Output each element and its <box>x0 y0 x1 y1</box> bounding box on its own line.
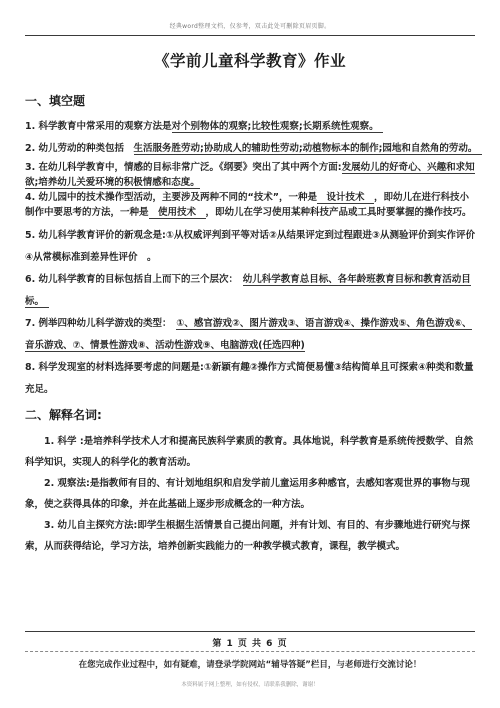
definition-3: 3. 幼儿自主探究方法:即学生根据生活情景自己提出问题，并有计划、有目的、有步骤… <box>25 515 475 557</box>
question-2: 2. 幼儿劳动的种类包括 生活服务胜劳动;协助成人的辅助性劳动;动植物标本的制作… <box>25 138 475 160</box>
question-text: 2. 幼儿劳动的种类包括 <box>25 143 134 154</box>
blank-answer: 对个别物体的观察;比较性观察;长期系统性观察。 <box>172 121 384 133</box>
question-3: 3. 在幼儿科学教育中，情感的目标非常广泛。《纲要》突出了其中两个方面:发展幼儿… <box>25 160 475 190</box>
question-text: 3. 在幼儿科学教育中，情感的目标非常广泛。《纲要》突出了其中两个方面: <box>25 162 342 173</box>
page-footer: 第 1 页 共 6 页 在您完成作业过程中，如有疑难，请登录学院网站“辅导答疑”… <box>25 631 475 688</box>
blank-answer: 设计技术 <box>317 192 374 204</box>
blank-answer: 使用技术 <box>149 207 206 219</box>
section-heading-fill-in: 一、填空题 <box>25 92 475 109</box>
section-heading-definitions: 二、解释名词: <box>25 406 475 423</box>
definition-items: 1. 科学 :是培养科学技术人才和提高民族科学素质的教育。具体地说，科学教育是系… <box>25 431 475 557</box>
fill-in-questions: 1. 科学教育中常采用的观察方法是对个别物体的观察;比较性观察;长期系统性观察。… <box>25 116 475 401</box>
question-4: 4. 幼儿园中的技术操作型活动，主要涉及两种不同的“技术”，一种是 设计技术 ，… <box>25 190 475 220</box>
document-page: 经典word整理文档，仅参考，双击此处可删除页眉页脚。 《学前儿童科学教育》作业… <box>0 0 500 708</box>
footer-notice-text: 在您完成作业过程中，如有疑难，请登录学院网站“辅导答疑”栏目，与老师进行交流讨论… <box>25 658 475 670</box>
page-number-label: 第 1 页 共 6 页 <box>25 636 475 649</box>
footer-fine-print: 本资料属于网上整理，如有侵权，请联系我删除，谢谢！ <box>25 680 475 688</box>
question-7: 7. 例举四种幼儿科学游戏的类型： ①、感官游戏②、图片游戏③、语言游戏④、操作… <box>25 313 475 357</box>
question-6: 6. 幼儿科学教育的目标包括自上而下的三个层次： 幼儿科学教育总目标、各年龄班教… <box>25 269 475 313</box>
page-title: 《学前儿童科学教育》作业 <box>25 49 475 71</box>
header-rule <box>25 35 475 36</box>
question-text: 6. 幼儿科学教育的目标包括自上而下的三个层次： <box>25 274 243 285</box>
question-text: 1. 科学教育中常采用的观察方法是 <box>25 121 172 132</box>
question-text: 5. 幼儿科学教育评价的新观念是:①从权威评判到平等对话②从结果评定到过程跟进③… <box>25 230 475 263</box>
question-1: 1. 科学教育中常采用的观察方法是对个别物体的观察;比较性观察;长期系统性观察。 <box>25 116 475 138</box>
footer-rule <box>25 631 475 632</box>
definition-1: 1. 科学 :是培养科学技术人才和提高民族科学素质的教育。具体地说，科学教育是系… <box>25 431 475 473</box>
question-text: 7. 例举四种幼儿科学游戏的类型： <box>25 318 176 329</box>
document-content: 经典word整理文档，仅参考，双击此处可删除页眉页脚。 《学前儿童科学教育》作业… <box>0 0 500 557</box>
footer-dotted-rule <box>25 651 475 652</box>
question-text: 4. 幼儿园中的技术操作型活动，主要涉及两种不同的“技术”，一种是 <box>25 192 317 203</box>
header-watermark-text: 经典word整理文档，仅参考，双击此处可删除页眉页脚。 <box>25 0 475 30</box>
blank-answer: 生活服务胜劳动;协助成人的辅助性劳动;动植物标本的制作;园地和自然角的劳动。 <box>134 143 483 155</box>
question-text: ，即幼儿在学习使用某种科技产品或工具时要掌握的操作技巧。 <box>206 207 472 218</box>
definition-2: 2. 观察法:是指教师有目的、有计划地组织和启发学前儿童运用多种感官，去感知客观… <box>25 473 475 515</box>
question-8: 8. 科学发现室的材料选择要考虑的问题是:①新颖有趣②操作方式简便易懂③结构简单… <box>25 357 475 401</box>
question-5: 5. 幼儿科学教育评价的新观念是:①从权威评判到平等对话②从结果评定到过程跟进③… <box>25 225 475 269</box>
question-text: 8. 科学发现室的材料选择要考虑的问题是:①新颖有趣②操作方式简便易懂③结构简单… <box>25 362 474 395</box>
